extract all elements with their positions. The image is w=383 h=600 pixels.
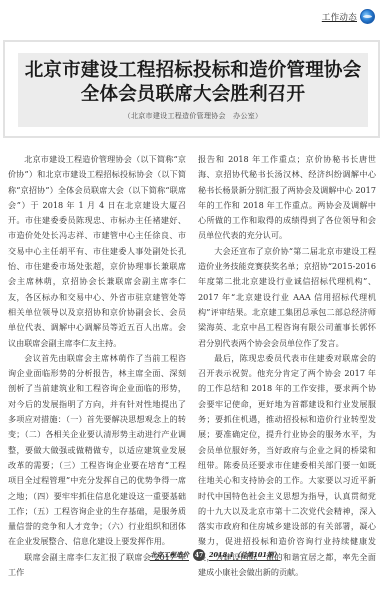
paragraph: 最后，陈现忠委员代表市住建委对联席会的召开表示祝贺。他充分肯定了两个协会 201… xyxy=(198,351,376,580)
right-column: 报告和 2018 年工作重点；京价协秘书长唐世海、京招协代秘书长汤汉林、经济纠纷… xyxy=(198,152,376,580)
article-title-line2: 全体会员联席大会胜利召开 xyxy=(18,83,368,107)
page-footer: 北京工程造价 47 2018.1（总第101期） xyxy=(150,549,280,561)
paragraph: 大会还宣布了京价协“第二届北京市建设工程造价业务技能竞赛获奖名单；京招协“201… xyxy=(198,244,376,351)
paragraph: 北京市建设工程造价管理协会（以下简称“京价协”）和北京市建设工程招标投标协会（以… xyxy=(8,152,186,351)
globe-icon xyxy=(360,9,375,24)
article-title-line1: 北京市建设工程招标投标和造价管理协会 xyxy=(18,59,368,83)
section-tag: 工作动态 xyxy=(322,9,375,24)
paragraph: 报告和 2018 年工作重点；京价协秘书长唐世海、京招协代秘书长汤汉林、经济纠纷… xyxy=(198,152,376,244)
title-panel: 北京市建设工程招标投标和造价管理协会 全体会员联席大会胜利召开 （北京市建设工程… xyxy=(18,53,368,127)
article-byline: （北京市建设工程造价管理协会 办公室） xyxy=(18,111,368,121)
title-box: 北京市建设工程招标投标和造价管理协会 全体会员联席大会胜利召开 （北京市建设工程… xyxy=(3,40,380,138)
publication-name: 北京工程造价 xyxy=(150,550,189,561)
issue-info: 2018.1（总第101期） xyxy=(209,550,280,561)
page-number-badge: 47 xyxy=(193,549,205,561)
paragraph: 会议首先由联席会主席林萌作了当前工程咨询企业面临形势的分析报告，林主席全面、深刻… xyxy=(8,351,186,550)
left-column: 北京市建设工程造价管理协会（以下简称“京价协”）和北京市建设工程招标投标协会（以… xyxy=(8,152,186,580)
section-label: 工作动态 xyxy=(322,11,357,23)
